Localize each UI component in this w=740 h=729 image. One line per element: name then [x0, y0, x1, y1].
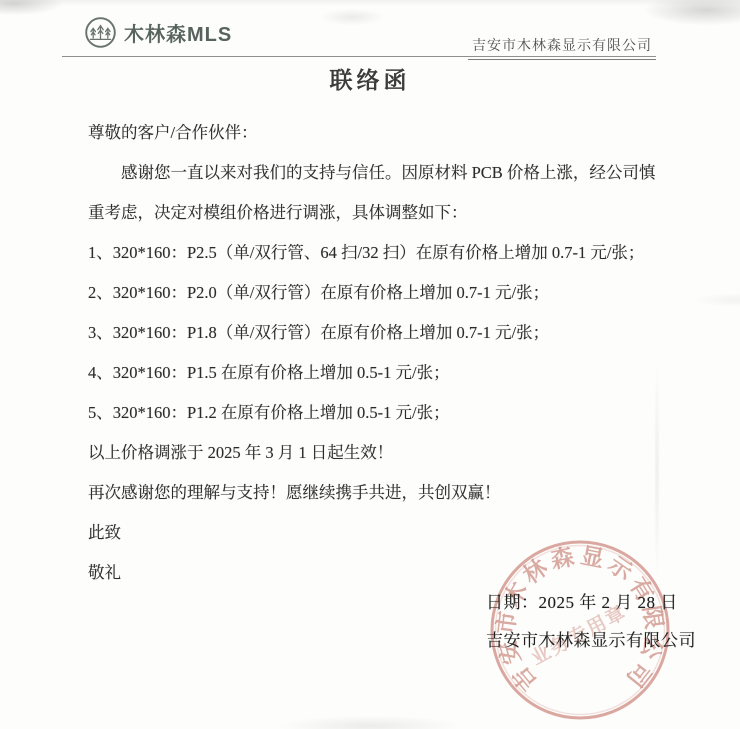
brand-logo: 木林森MLS — [84, 16, 232, 49]
letter-title: 联络函 — [0, 65, 740, 97]
price-item: 4、320*160：P1.5 在原有价格上增加 0.5-1 元/张； — [88, 353, 668, 393]
price-item: 5、320*160：P1.2 在原有价格上增加 0.5-1 元/张； — [88, 393, 668, 433]
letterhead: 木林森MLS 吉安市木林森显示有限公司 — [62, 0, 656, 57]
letter-page: 木林森MLS 吉安市木林森显示有限公司 联络函 尊敬的客户/合作伙伴： 感谢您一… — [0, 0, 740, 729]
price-item: 1、320*160：P2.5（单/双行管、64 扫/32 扫）在原有价格上增加 … — [88, 233, 668, 273]
signature-date: 日期：2025 年 2 月 28 日 — [486, 584, 696, 622]
mls-tree-circle-icon — [84, 16, 117, 49]
effective-date-line: 以上价格调涨于 2025 年 3 月 1 日起生效！ — [88, 433, 668, 473]
thanks-line: 再次感谢您的理解与支持！愿继续携手共进，共创双赢！ — [88, 473, 668, 513]
letterhead-company-name: 吉安市木林森显示有限公司 — [468, 35, 656, 60]
salutation: 尊敬的客户/合作伙伴： — [88, 113, 668, 153]
price-item: 3、320*160：P1.8（单/双行管）在原有价格上增加 0.7-1 元/张； — [88, 313, 668, 353]
signature-company: 吉安市木林森显示有限公司 — [486, 622, 696, 660]
signature-block: 日期：2025 年 2 月 28 日 吉安市木林森显示有限公司 — [486, 584, 696, 660]
brand-name: 木林森MLS — [124, 18, 232, 47]
letter-body: 尊敬的客户/合作伙伴： 感谢您一直以来对我们的支持与信任。因原材料 PCB 价格… — [88, 113, 668, 593]
price-item: 2、320*160：P2.0（单/双行管）在原有价格上增加 0.7-1 元/张； — [88, 273, 668, 313]
intro-paragraph: 感谢您一直以来对我们的支持与信任。因原材料 PCB 价格上涨，经公司慎重考虑，决… — [88, 153, 668, 233]
